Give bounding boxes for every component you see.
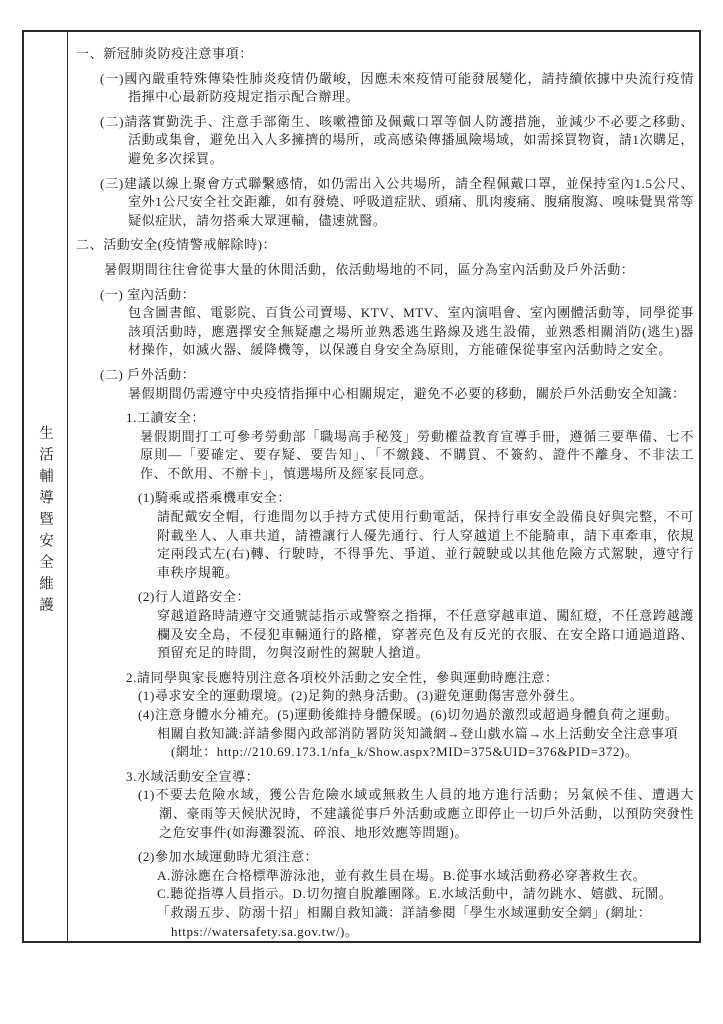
paragraph: (1)騎乘或搭乘機車安全：	[138, 489, 694, 508]
scanned-document-page: 生活輔導暨安全維護 一、新冠肺炎防疫注意事項：(一)國內嚴重特殊傳染性肺炎疫情仍…	[0, 0, 723, 1024]
paragraph: (二)請落實勤洗手、注意手部衛生、咳嗽禮節及佩戴口罩等個人防護措施，並減少不必要…	[100, 113, 694, 169]
paragraph: (一) 室內活動：	[100, 286, 694, 305]
paragraph: (二) 戶外活動：	[100, 366, 694, 385]
content-cell: 一、新冠肺炎防疫注意事項：(一)國內嚴重特殊傳染性肺炎疫情仍嚴峻，因應未來疫情可…	[68, 32, 699, 941]
paragraph: 包含圖書館、電影院、百貨公司賣場、KTV、MTV、室內演唱會、室內團體活動等，同…	[128, 304, 694, 360]
document-body: 一、新冠肺炎防疫注意事項：(一)國內嚴重特殊傳染性肺炎疫情仍嚴峻，因應未來疫情可…	[76, 45, 694, 941]
document-table: 生活輔導暨安全維護 一、新冠肺炎防疫注意事項：(一)國內嚴重特殊傳染性肺炎疫情仍…	[22, 30, 701, 943]
paragraph: C.聽從指導人員指示。D.切勿擅自脫離團隊。E.水域活動中，請勿跳水、嬉戲、玩鬧…	[157, 885, 694, 904]
paragraph: 請配戴安全帽，行進間勿以手持方式使用行動電話，保持行車安全設備良好與完整，不可附…	[157, 508, 694, 582]
paragraph: 暑假期間仍需遵守中央疫情指揮中心相關規定，避免不必要的移動，關於戶外活動安全知識…	[128, 385, 694, 404]
paragraph: A.游泳應在合格標準游泳池，並有救生員在場。B.從事水域活動務必穿著救生衣。	[157, 867, 694, 886]
paragraph: 暑假期間往往會從事大量的休閒活動，依活動場地的不同，區分為室內活動及戶外活動：	[104, 261, 694, 280]
paragraph: (2)行人道路安全：	[138, 588, 694, 607]
paragraph: (網址：http://210.69.173.1/nfa_k/Show.aspx?…	[171, 743, 694, 762]
paragraph: 暑假期間打工可參考勞動部「職場高手秘笈」勞動權益教育宣導手冊，遵循三要準備、七不…	[140, 428, 694, 484]
category-label: 生活輔導暨安全維護	[35, 425, 56, 619]
paragraph: 「救溺五步、防溺十招」相關自救知識：詳請參閱「學生水域運動安全網」(網址：	[157, 904, 694, 923]
paragraph: (1)不要去危險水域，獲公告危險水域或無救生人員的地方進行活動；另氣候不佳、遭遇…	[138, 786, 694, 842]
paragraph: 3.水域活動安全宣導：	[126, 768, 694, 787]
paragraph: 穿越道路時請遵守交通號誌指示或警察之指揮，不任意穿越車道、闖紅燈，不任意跨越護欄…	[157, 607, 694, 663]
paragraph: 相關自救知識:詳請參閱內政部消防署防災知識網→登山戲水篇→水上活動安全注意事項	[157, 725, 694, 744]
paragraph: (4)注意身體水分補充。(5)運動後維持身體保暖。(6)切勿過於激烈或超過身體負…	[138, 706, 694, 725]
category-sidebar-cell: 生活輔導暨安全維護	[24, 32, 68, 941]
paragraph: 1.工讀安全：	[126, 409, 694, 428]
paragraph: https://watersafety.sa.gov.tw/)。	[171, 923, 694, 941]
paragraph: 二、活動安全(疫情警戒解除時)：	[76, 236, 694, 255]
paragraph: (三)建議以線上聚會方式聯繫感情，如仍需出入公共場所，請全程佩戴口罩，並保持室內…	[100, 175, 694, 231]
paragraph: (一)國內嚴重特殊傳染性肺炎疫情仍嚴峻，因應未來疫情可能發展變化，請持續依據中央…	[100, 70, 694, 107]
paragraph: (2)參加水域運動時尤須注意：	[138, 848, 694, 867]
paragraph: 一、新冠肺炎防疫注意事項：	[76, 45, 694, 64]
paragraph: 2.請同學與家長應特別注意各項校外活動之安全性，參與運動時應注意：	[126, 669, 694, 688]
paragraph: (1)尋求安全的運動環境。(2)足夠的熱身活動。(3)避免運動傷害意外發生。	[138, 687, 694, 706]
